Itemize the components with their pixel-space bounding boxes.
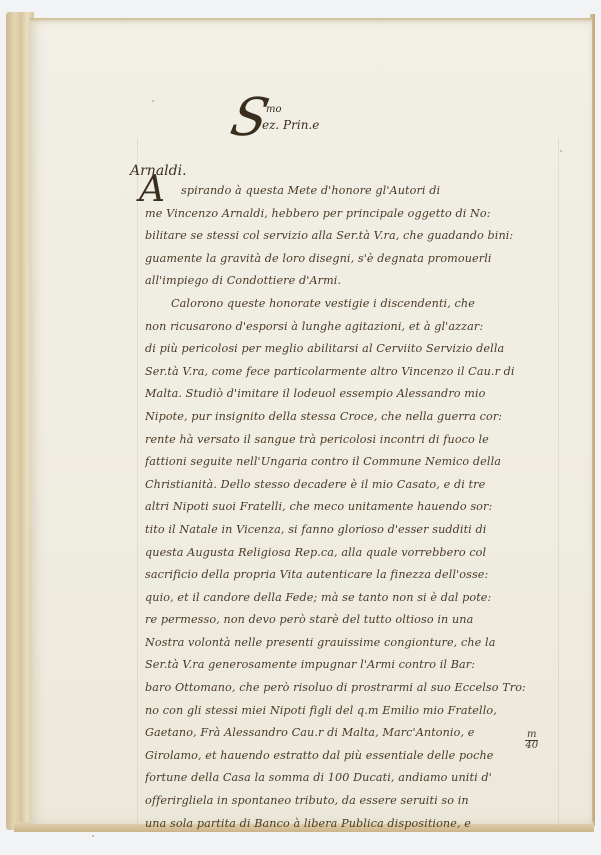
page-top-shadow xyxy=(30,18,592,22)
text-line: all'impiego di Condottiere d'Armi. xyxy=(145,270,553,293)
text-line: Nostra volontà nelle presenti grauissime… xyxy=(145,632,553,655)
text-line: una sola partita di Banco à libera Publi… xyxy=(145,813,553,836)
text-line: baro Ottomano, che però risoluo di prost… xyxy=(145,677,553,700)
text-line: altri Nipoti suoi Fratelli, che meco uni… xyxy=(145,496,553,519)
text-line: bilitare se stessi col servizio alla Ser… xyxy=(145,225,553,248)
text-line: spirando à questa Mete d'honore gl'Autor… xyxy=(145,180,553,203)
text-line: sacrificio della propria Vita autenticar… xyxy=(145,564,553,587)
document-heading: S mo ez. Prin.e xyxy=(232,92,268,144)
catchword-bottom: 40 xyxy=(525,741,538,751)
manuscript-scan: S mo ez. Prin.e Arnaldi. A spirando à qu… xyxy=(0,0,601,855)
text-line: tito il Natale in Vicenza, si fanno glor… xyxy=(145,519,553,542)
heading-text: ez. Prin.e xyxy=(262,118,319,132)
text-line: guamente la gravità de loro disegni, s'è… xyxy=(145,248,553,271)
text-line: fattioni seguite nell'Ungaria contro il … xyxy=(145,451,553,474)
text-line: offerirgliela in spontaneo tributo, da e… xyxy=(145,790,553,813)
text-line: Calorono queste honorate vestigie i disc… xyxy=(145,293,553,316)
text-line: rente hà versato il sangue trà pericolos… xyxy=(145,429,553,452)
text-line: non ricusarono d'esporsi à lunghe agitaz… xyxy=(145,316,553,339)
text-line: Christianità. Dello stesso decadere è il… xyxy=(145,474,553,497)
text-line: Malta. Studiò d'imitare il lodeuol essem… xyxy=(145,383,553,406)
text-line: quio, et il candore della Fede; mà se ta… xyxy=(145,587,553,610)
catchword: m 40 xyxy=(525,730,538,751)
heading-superscript: mo xyxy=(266,104,282,115)
decorated-initial: A xyxy=(139,172,165,208)
text-line: Gaetano, Frà Alessandro Cau.r di Malta, … xyxy=(145,722,553,745)
text-line: no con gli stessi miei Nipoti figli del … xyxy=(145,700,553,723)
text-line: di più pericolosi per meglio abilitarsi … xyxy=(145,338,553,361)
paper-speck xyxy=(560,150,562,152)
paper-speck xyxy=(92,835,94,837)
text-line: Ser.tà V.ra, come fece particolarmente a… xyxy=(145,361,553,384)
paper-speck xyxy=(152,100,154,102)
text-line: me Vincenzo Arnaldi, hebbero per princip… xyxy=(145,203,553,226)
text-line: questa Augusta Religiosa Rep.ca, alla qu… xyxy=(145,542,553,565)
text-line: fortune della Casa la somma di 100 Ducat… xyxy=(145,767,553,790)
manuscript-body: A spirando à questa Mete d'honore gl'Aut… xyxy=(145,180,553,835)
text-line: re permesso, non devo però starè del tut… xyxy=(145,609,553,632)
text-line: Ser.tà V.ra generosamente impugnar l'Arm… xyxy=(145,654,553,677)
text-line: Girolamo, et hauendo estratto dal più es… xyxy=(145,745,553,768)
text-line: Nipote, pur insignito della stessa Croce… xyxy=(145,406,553,429)
